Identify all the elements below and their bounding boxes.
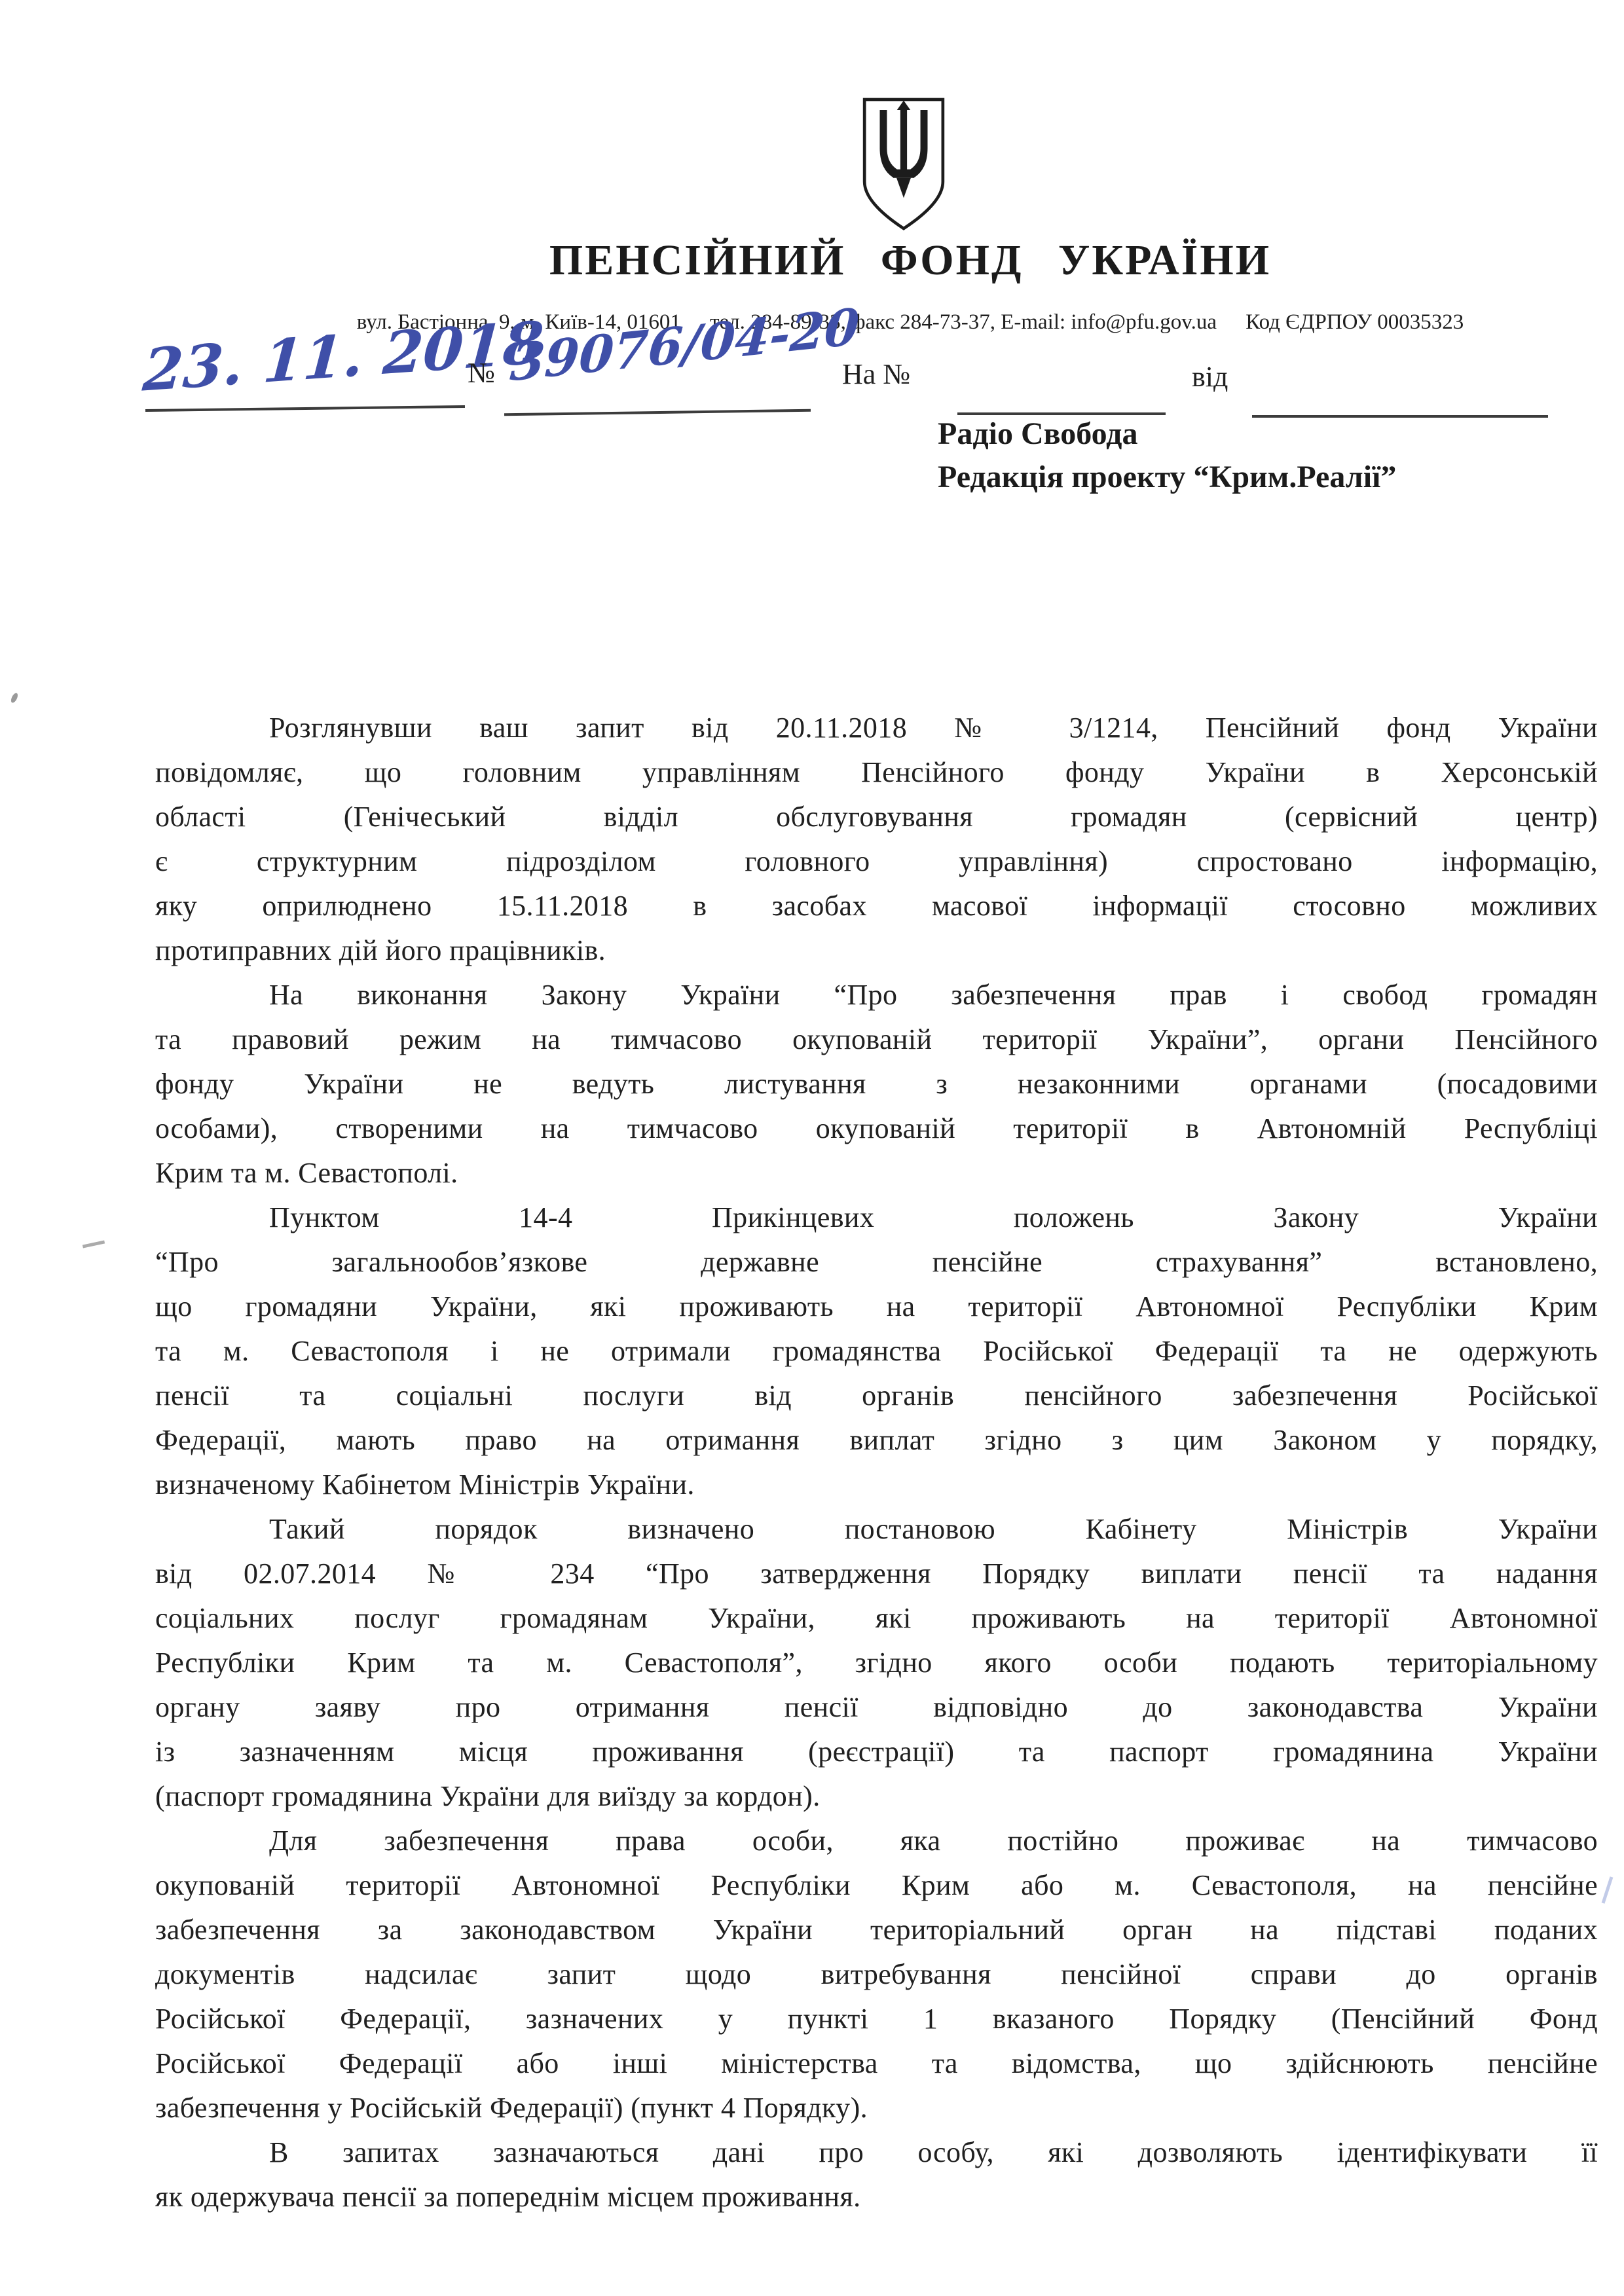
body-line: В запитах зазначаються дані про особу, я… [155, 2130, 1598, 2175]
paragraph: На виконання Закону України “Про забезпе… [155, 973, 1598, 1195]
address-part-edrpou: Код ЄДРПОУ 00035323 [1246, 310, 1464, 334]
body-line: та м. Севастополя і не отримали громадян… [155, 1329, 1598, 1374]
body-line: Такий порядок визначено постановою Кабін… [155, 1507, 1598, 1552]
body-line: органу заяву про отримання пенсії відпов… [155, 1685, 1598, 1730]
scan-artifact [83, 1241, 105, 1248]
body-line: яку оприлюднено 15.11.2018 в засобах мас… [155, 884, 1598, 928]
body-line: що громадяни України, які проживають на … [155, 1285, 1598, 1329]
body-line: Федерації, мають право на отримання випл… [155, 1418, 1598, 1463]
body-line: Для забезпечення права особи, яка постій… [155, 1819, 1598, 1863]
reply-date-label: від [1192, 360, 1228, 393]
body-line: документів надсилає запит щодо витребува… [155, 1952, 1598, 1997]
date-underline [145, 405, 465, 412]
scanned-letter-page: ПЕНСІЙНИЙ ФОНД УКРАЇНИ вул. Бастіонна, 9… [0, 0, 1624, 2296]
body-line: особами), створеними на тимчасово окупов… [155, 1106, 1598, 1151]
paragraph: В запитах зазначаються дані про особу, я… [155, 2130, 1598, 2219]
body-line: забезпечення у Російській Федерації) (пу… [155, 2086, 1598, 2130]
body-line: протиправних дій його працівників. [155, 928, 1598, 973]
scan-artifact [1602, 1876, 1614, 1903]
body-line: від 02.07.2014 № 234 “Про затвердження П… [155, 1552, 1598, 1596]
body-line: повідомляє, що головним управлінням Пенс… [155, 750, 1598, 795]
body-line: Крим та м. Севастополі. [155, 1151, 1598, 1195]
body-line: На виконання Закону України “Про забезпе… [155, 973, 1598, 1017]
body-line: та правовий режим на тимчасово окуповані… [155, 1017, 1598, 1062]
org-name: ПЕНСІЙНИЙ ФОНД УКРАЇНИ [255, 236, 1565, 285]
paragraph: Такий порядок визначено постановою Кабін… [155, 1507, 1598, 1819]
recipient-block: Радіо Свобода Редакція проекту “Крим.Реа… [938, 412, 1396, 499]
scan-artifact [10, 692, 19, 704]
ukraine-trident-emblem [856, 96, 951, 234]
body-line: пенсії та соціальні послуги від органів … [155, 1374, 1598, 1418]
body-line: окупованій території Автономної Республі… [155, 1863, 1598, 1908]
body-line: (паспорт громадянина України для виїзду … [155, 1774, 1598, 1819]
outgoing-number-underline [504, 409, 811, 416]
paragraph: Для забезпечення права особи, яка постій… [155, 1819, 1598, 2130]
body-line: Розглянувши ваш запит від 20.11.2018 № 3… [155, 706, 1598, 750]
body-line: фонду України не ведуть листування з нез… [155, 1062, 1598, 1106]
body-line: є структурним підрозділом головного упра… [155, 839, 1598, 884]
body-line: із зазначенням місця проживання (реєстра… [155, 1730, 1598, 1774]
body-line: соціальних послуг громадянам України, як… [155, 1596, 1598, 1641]
body-line: Російської Федерації, зазначених у пункт… [155, 1997, 1598, 2041]
body-line: забезпечення за законодавством України т… [155, 1908, 1598, 1952]
body-line: “Про загальнообов’язкове державне пенсій… [155, 1240, 1598, 1285]
recipient-name: Радіо Свобода [938, 412, 1396, 456]
number-sign-label: № [468, 356, 495, 390]
body-line: області (Генічеський відділ обслуговуван… [155, 795, 1598, 839]
reply-to-label: На № [842, 357, 910, 391]
body-line: Пунктом 14-4 Прикінцевих положень Закону… [155, 1195, 1598, 1240]
recipient-department: Редакція проекту “Крим.Реалії” [938, 456, 1396, 499]
paragraph: Пунктом 14-4 Прикінцевих положень Закону… [155, 1195, 1598, 1507]
body-line: як одержувача пенсії за попереднім місце… [155, 2175, 1598, 2219]
paragraph: Розглянувши ваш запит від 20.11.2018 № 3… [155, 706, 1598, 973]
body-line: Республіки Крим та м. Севастополя”, згід… [155, 1641, 1598, 1685]
body-line: визначеному Кабінетом Міністрів України. [155, 1463, 1598, 1507]
letter-body: Розглянувши ваш запит від 20.11.2018 № 3… [155, 706, 1598, 2219]
body-line: Російської Федерації або інші міністерст… [155, 2041, 1598, 2086]
